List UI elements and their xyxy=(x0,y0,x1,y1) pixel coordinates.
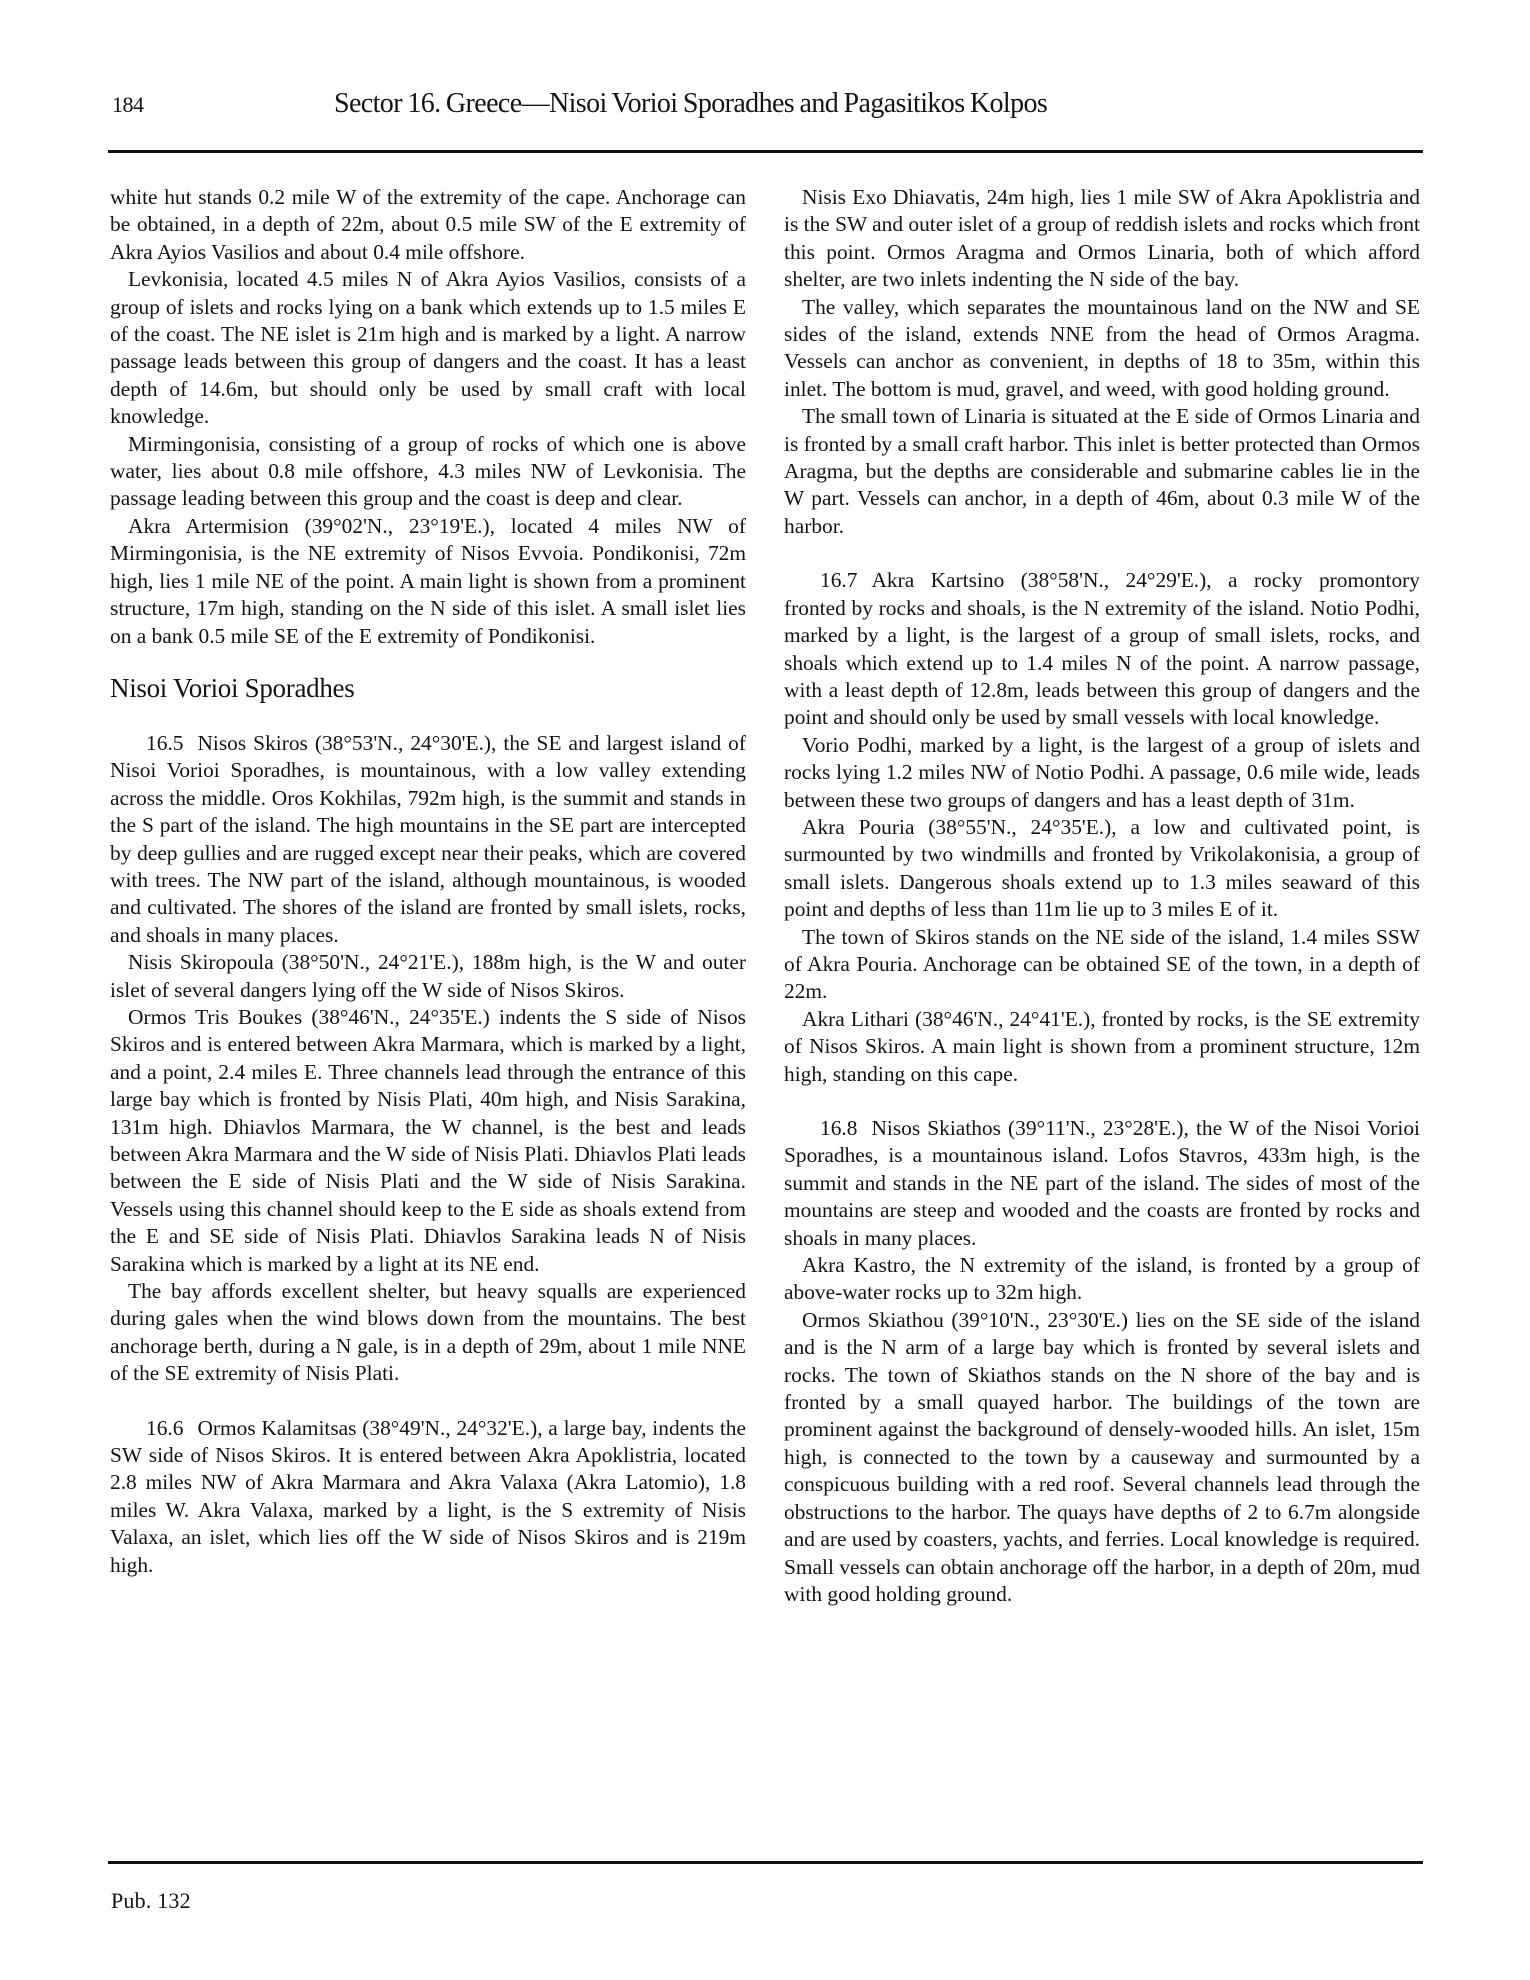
paragraph: Levkonisia, located 4.5 miles N of Akra … xyxy=(110,266,746,430)
section-number: 16.7 xyxy=(802,567,857,594)
paragraph: Nisis Skiropoula (38°50'N., 24°21'E.), 1… xyxy=(110,949,746,1004)
paragraph: Ormos Skiathou (39°10'N., 23°30'E.) lies… xyxy=(784,1307,1420,1608)
paragraph: Vorio Podhi, marked by a light, is the l… xyxy=(784,732,1420,814)
paragraph: Akra Lithari (38°46'N., 24°41'E.), front… xyxy=(784,1006,1420,1088)
paragraph: Akra Artermision (39°02'N., 23°19'E.), l… xyxy=(110,513,746,650)
left-column: white hut stands 0.2 mile W of the extre… xyxy=(110,184,746,1579)
section-number: 16.6 xyxy=(128,1415,183,1442)
paragraph-text: Nisos Skiros (38°53'N., 24°30'E.), the S… xyxy=(110,731,746,947)
paragraph-text: Nisos Skiathos (39°11'N., 23°28'E.), the… xyxy=(784,1116,1420,1250)
paragraph: Ormos Tris Boukes (38°46'N., 24°35'E.) i… xyxy=(110,1004,746,1278)
section-number: 16.8 xyxy=(802,1115,857,1142)
paragraph: The small town of Linaria is situated at… xyxy=(784,403,1420,540)
paragraph: white hut stands 0.2 mile W of the extre… xyxy=(110,184,746,266)
section-number: 16.5 xyxy=(128,730,183,757)
footer-rule xyxy=(108,1861,1423,1864)
paragraph-text: Akra Kartsino (38°58'N., 24°29'E.), a ro… xyxy=(784,568,1420,729)
paragraph: Nisis Exo Dhiavatis, 24m high, lies 1 mi… xyxy=(784,184,1420,294)
running-title: Sector 16. Greece—Nisoi Vorioi Sporadhes… xyxy=(334,88,1047,120)
paragraph: The town of Skiros stands on the NE side… xyxy=(784,924,1420,1006)
paragraph: Mirmingonisia, consisting of a group of … xyxy=(110,431,746,513)
paragraph: Akra Kastro, the N extremity of the isla… xyxy=(784,1252,1420,1307)
header-rule xyxy=(108,150,1423,153)
paragraph: The bay affords excellent shelter, but h… xyxy=(110,1278,746,1388)
paragraph: The valley, which separates the mountain… xyxy=(784,294,1420,404)
publication-label: Pub. 132 xyxy=(111,1888,191,1914)
section-paragraph-16-7: 16.7Akra Kartsino (38°58'N., 24°29'E.), … xyxy=(784,567,1420,731)
right-column: Nisis Exo Dhiavatis, 24m high, lies 1 mi… xyxy=(784,184,1420,1608)
section-paragraph-16-6: 16.6Ormos Kalamitsas (38°49'N., 24°32'E.… xyxy=(110,1415,746,1579)
paragraph-text: Ormos Kalamitsas (38°49'N., 24°32'E.), a… xyxy=(110,1416,746,1577)
section-paragraph-16-5: 16.5Nisos Skiros (38°53'N., 24°30'E.), t… xyxy=(110,730,746,949)
section-paragraph-16-8: 16.8Nisos Skiathos (39°11'N., 23°28'E.),… xyxy=(784,1115,1420,1252)
paragraph: Akra Pouria (38°55'N., 24°35'E.), a low … xyxy=(784,814,1420,924)
page-number: 184 xyxy=(112,92,144,118)
page-header: 184 Sector 16. Greece—Nisoi Vorioi Spora… xyxy=(108,88,1420,128)
section-heading: Nisoi Vorioi Sporadhes xyxy=(110,672,746,704)
